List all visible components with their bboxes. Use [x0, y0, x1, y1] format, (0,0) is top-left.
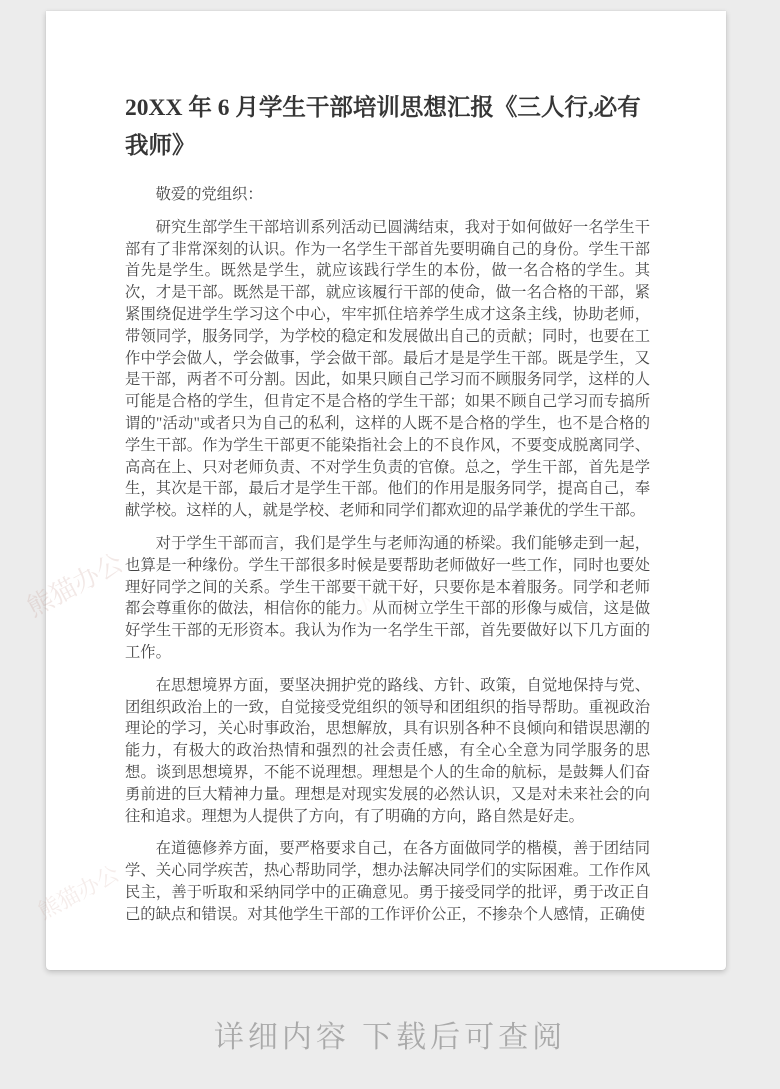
paragraph: 在道德修养方面，要严格要求自己，在各方面做同学的楷模，善于团结同学、关心同学疾苦… [125, 838, 650, 925]
download-notice: 详细内容 下载后可查阅 [0, 1012, 780, 1056]
document-title: 20XX 年 6 月学生干部培训思想汇报《三人行,必有我师》 [125, 89, 650, 165]
document-page: 20XX 年 6 月学生干部培训思想汇报《三人行,必有我师》 敬爱的党组织： 研… [46, 11, 726, 970]
document-body: 敬爱的党组织： 研究生部学生干部培训系列活动已圆满结束，我对于如何做好一名学生干… [125, 184, 650, 926]
salutation: 敬爱的党组织： [125, 184, 650, 206]
paragraph: 研究生部学生干部培训系列活动已圆满结束，我对于如何做好一名学生干部有了非常深刻的… [125, 217, 650, 522]
paragraph: 对于学生干部而言，我们是学生与老师沟通的桥梁。我们能够走到一起，也算是一种缘份。… [125, 533, 650, 664]
paragraph: 在思想境界方面，要坚决拥护党的路线、方针、政策，自觉地保持与党、团组织政治上的一… [125, 675, 650, 828]
